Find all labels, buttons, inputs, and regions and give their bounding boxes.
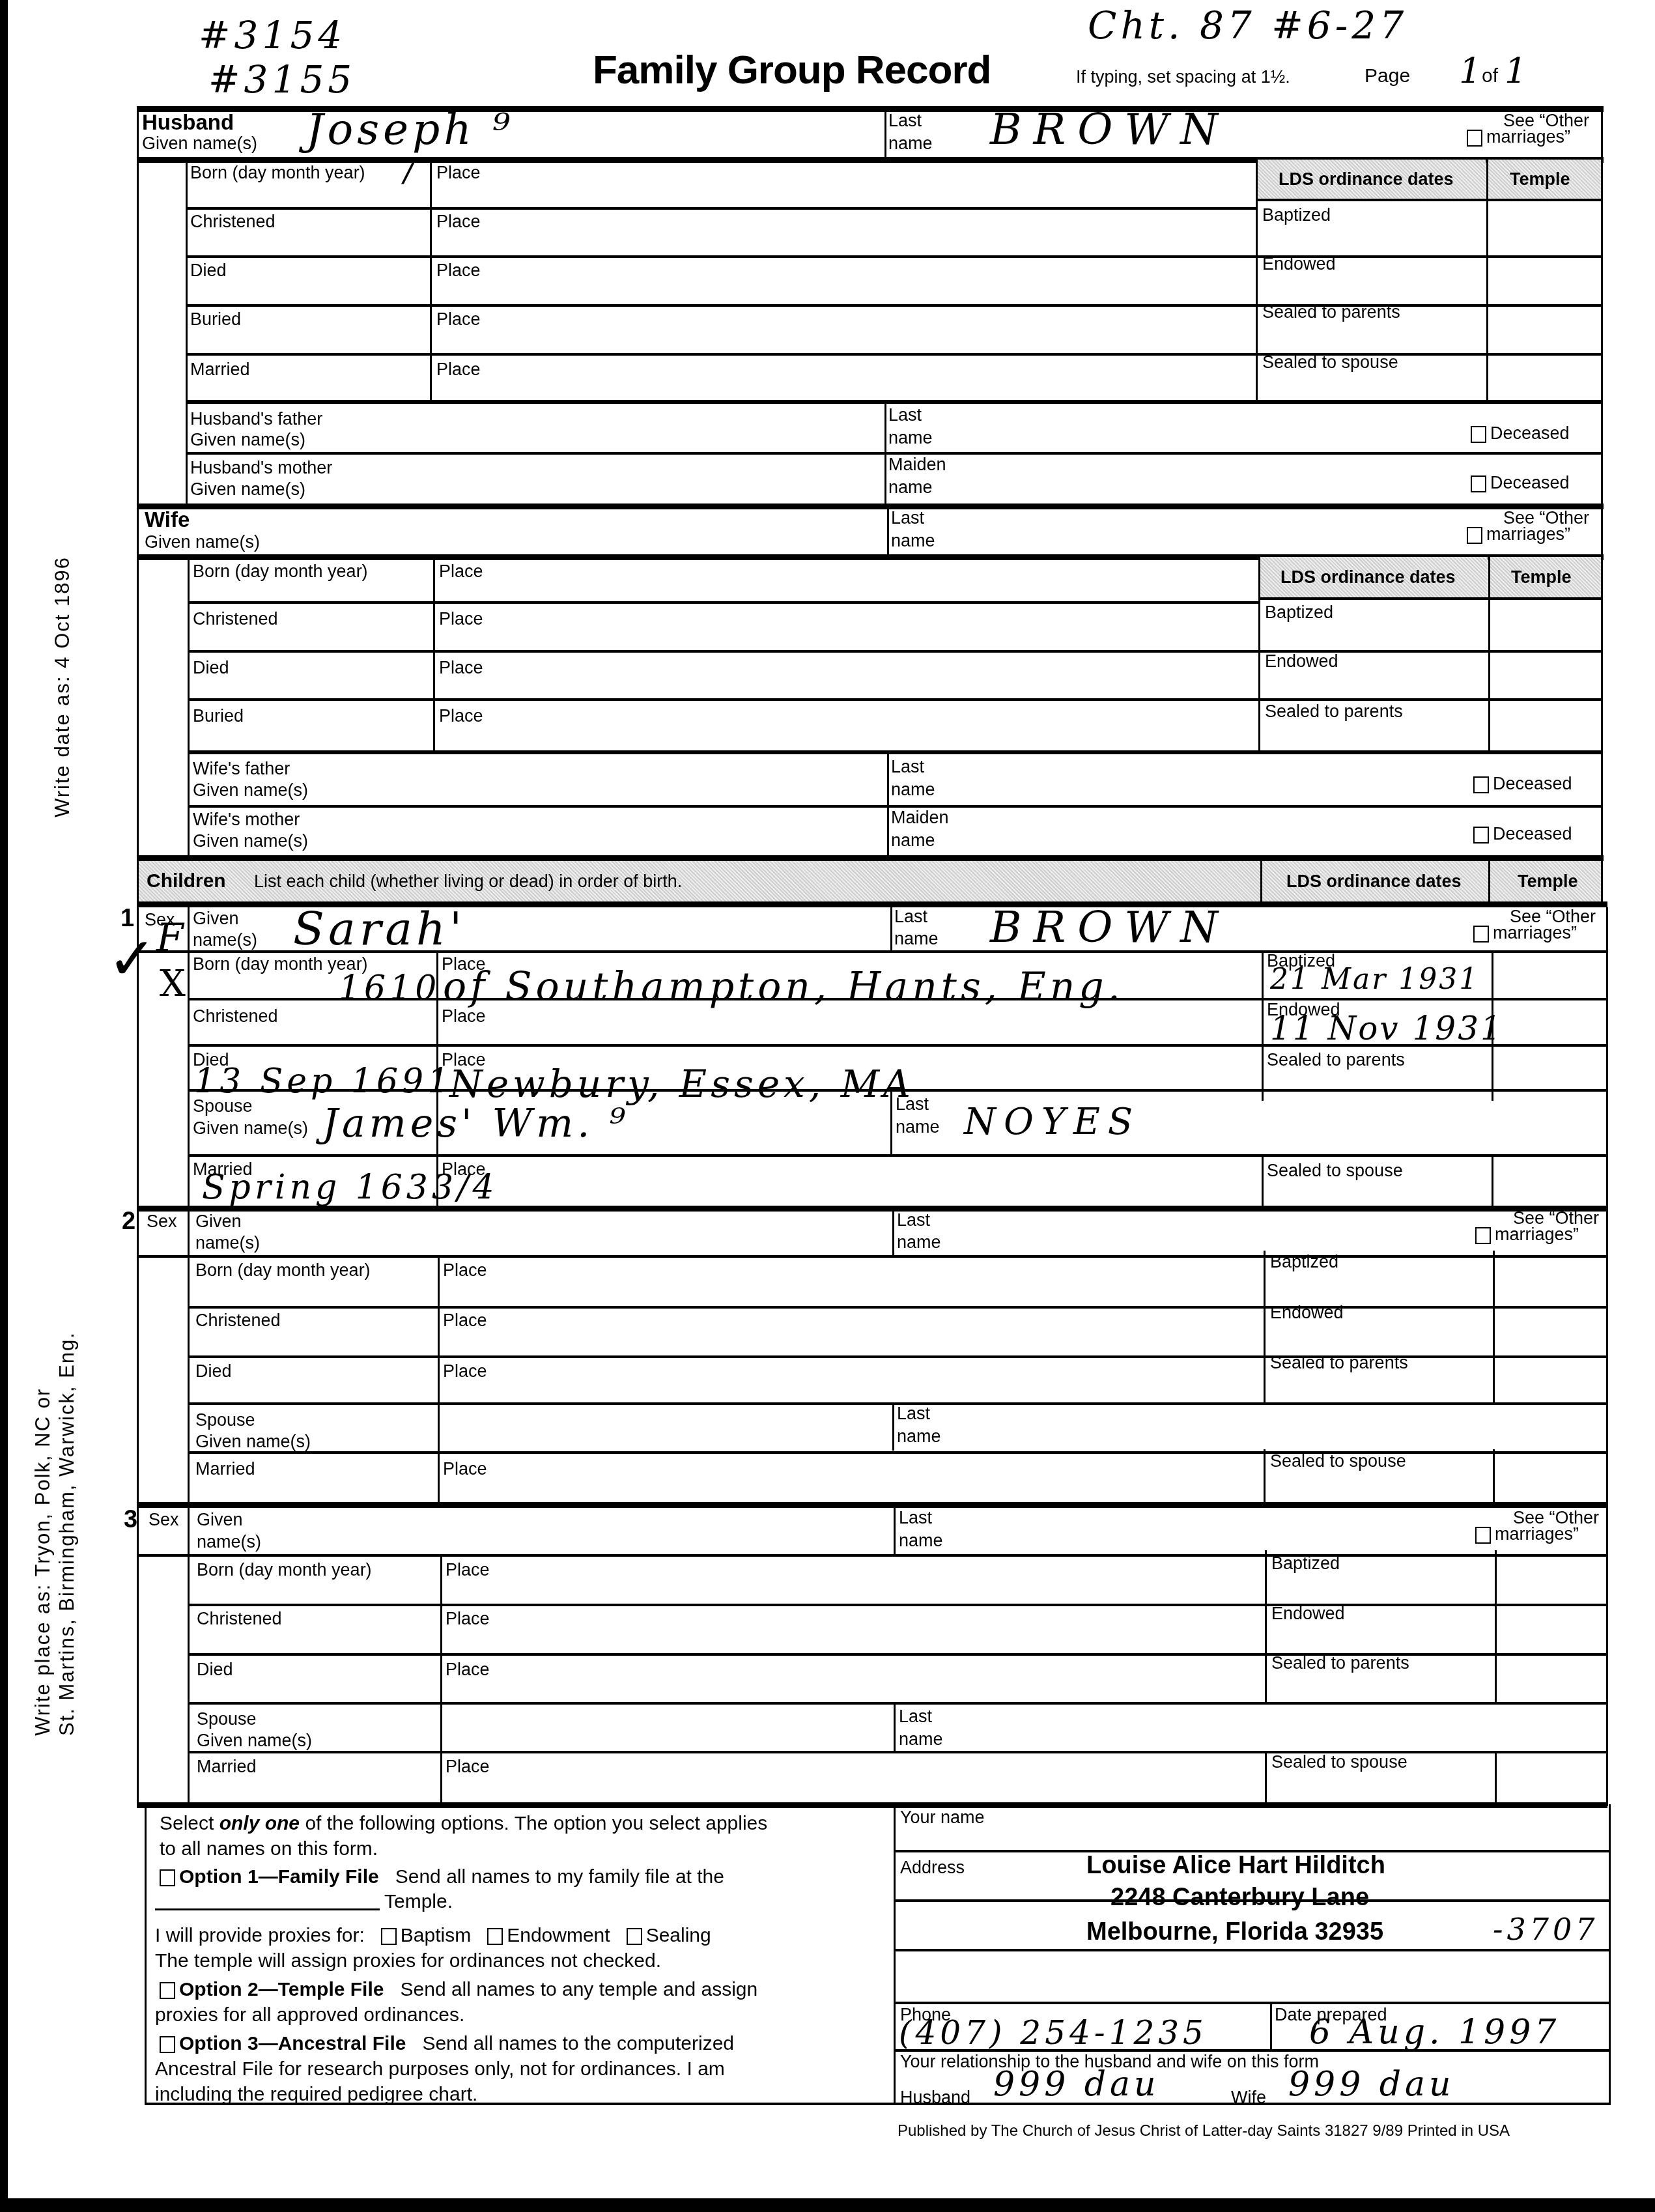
rule xyxy=(138,1554,1607,1557)
child-1-died-date[interactable]: 13 Sep 1691 xyxy=(194,1062,453,1101)
rule xyxy=(1265,1550,1267,1703)
options-intro-line-2: to all names on this form. xyxy=(160,1836,378,1862)
husband-last-name[interactable]: BROWN xyxy=(990,104,1230,154)
typing-note: If typing, set spacing at 1½. xyxy=(1076,67,1290,87)
child-2-given-label-1: Given xyxy=(195,1212,242,1232)
option-1-text: Send all names to my family file at the xyxy=(395,1866,724,1888)
wife-last-label-1: Last xyxy=(891,508,924,528)
rule xyxy=(138,1255,1607,1258)
rule xyxy=(1270,2002,1272,2050)
other-marriages-checkbox[interactable] xyxy=(1473,926,1489,943)
rule xyxy=(1493,1449,1495,1508)
date-prepared[interactable]: 6 Aug. 1997 xyxy=(1309,2013,1560,2052)
child-3-sealed-spouse-label: Sealed to spouse xyxy=(1271,1752,1407,1772)
child-2-christened-place-label: Place xyxy=(443,1311,487,1331)
husband-mother-label: Husband's mother xyxy=(190,458,332,478)
husband-christened-place-label: Place xyxy=(436,212,481,232)
rule xyxy=(890,904,892,951)
other-marriages-checkbox[interactable] xyxy=(1475,1227,1491,1244)
rule xyxy=(433,557,435,752)
rule xyxy=(145,1804,147,2104)
deceased-label: Deceased xyxy=(1490,473,1570,492)
child-1-sealed-spouse-label: Sealed to spouse xyxy=(1267,1161,1403,1181)
child-1-baptized-date[interactable]: 21 Mar 1931 xyxy=(1270,963,1479,996)
rule xyxy=(188,1306,1607,1309)
husband-relationship[interactable]: 999 dau xyxy=(993,2065,1160,2104)
child-2-last-label-2: name xyxy=(897,1232,941,1253)
option-3-title: Option 3—Ancestral File xyxy=(179,2033,406,2054)
child-3-spouse-last-label-2: name xyxy=(899,1729,943,1750)
child-2-spouse-label: Spouse xyxy=(195,1410,255,1430)
wife-mother-deceased[interactable]: Deceased xyxy=(1473,824,1572,844)
option-1-title: Option 1—Family File xyxy=(179,1866,379,1888)
child-2-born-place-label: Place xyxy=(443,1260,487,1281)
deceased-checkbox[interactable] xyxy=(1473,776,1489,793)
children-instruction: List each child (whether living or dead)… xyxy=(254,872,682,892)
page-total[interactable]: 1 xyxy=(1505,51,1531,92)
place-format-instruction-1: Write place as: Tryon, Polk, NC or xyxy=(31,1388,55,1736)
other-marriages-label: marriages” xyxy=(1486,524,1570,544)
husband-relationship-label: Husband xyxy=(900,2088,970,2108)
rule xyxy=(188,998,1607,1000)
child-2-christened-label: Christened xyxy=(195,1311,281,1331)
husband-married-place-label: Place xyxy=(436,360,481,380)
address-label: Address xyxy=(900,1858,965,1878)
husband-mother-deceased[interactable]: Deceased xyxy=(1471,473,1570,493)
wife-born-label: Born (day month year) xyxy=(193,561,368,582)
husband-christened-label: Christened xyxy=(190,212,276,232)
intro-text: Select xyxy=(160,1813,219,1834)
other-marriages-checkbox[interactable] xyxy=(1467,527,1482,544)
child-3-spouse-last-label-1: Last xyxy=(899,1707,932,1727)
rule xyxy=(188,1702,1607,1705)
option-1[interactable]: Option 1—Family File Send all names to m… xyxy=(160,1864,724,1890)
child-2-baptized-label: Baptized xyxy=(1270,1252,1338,1272)
rule xyxy=(1493,1251,1495,1404)
rule xyxy=(137,1802,1607,1808)
child-2-sealed-spouse-label: Sealed to spouse xyxy=(1270,1451,1406,1471)
husband-mother-name-label: name xyxy=(888,477,933,498)
child-2-given-label-2: name(s) xyxy=(195,1233,260,1253)
husband-father-deceased[interactable]: Deceased xyxy=(1471,423,1570,444)
rule xyxy=(137,855,1604,861)
rule xyxy=(1264,1251,1266,1404)
option-3-text: Send all names to the computerized xyxy=(422,2033,734,2054)
rule xyxy=(894,1703,896,1752)
page-title: Family Group Record xyxy=(593,47,991,93)
of-label: of xyxy=(1482,65,1498,87)
rule xyxy=(186,255,1602,258)
husband-other-marriages[interactable]: marriages” xyxy=(1467,127,1570,147)
rule xyxy=(188,1154,1607,1157)
child-1-spouse-last-label-2: name xyxy=(896,1117,940,1137)
husband-last-label-2: name xyxy=(888,134,933,154)
children-temple-heading: Temple xyxy=(1518,872,1578,892)
rule xyxy=(884,106,886,160)
child-1-spouse-given-label: Given name(s) xyxy=(193,1118,308,1139)
child-1-given-name[interactable]: Sarah' xyxy=(293,902,466,956)
child-1-born-date[interactable]: 1610 xyxy=(339,969,440,1008)
intro-emphasis: only one xyxy=(219,1813,300,1834)
wife-died-place-label: Place xyxy=(439,658,483,678)
proxy-baptism-checkbox[interactable] xyxy=(381,1928,397,1945)
rule xyxy=(1262,951,1264,1101)
child-2-married-place-label: Place xyxy=(443,1459,487,1479)
submitter-street[interactable]: 2248 Canterbury Lane xyxy=(1110,1884,1369,1912)
child-2-spouse-last-label-1: Last xyxy=(897,1404,930,1424)
child-3-sealed-parents-label: Sealed to parents xyxy=(1271,1653,1409,1673)
rule xyxy=(188,601,1260,604)
husband-died-place-label: Place xyxy=(436,261,481,281)
rule xyxy=(137,1502,1607,1508)
proxy-endowment-checkbox[interactable] xyxy=(487,1928,503,1945)
deceased-label: Deceased xyxy=(1493,774,1572,793)
wife-lds-heading: LDS ordinance dates xyxy=(1280,567,1456,588)
child-1-married-place-label: Place xyxy=(442,1159,486,1180)
wife-christened-place-label: Place xyxy=(439,609,483,629)
rule xyxy=(137,503,1604,509)
deceased-label: Deceased xyxy=(1490,423,1570,443)
child-1-given-label-1: Given xyxy=(193,909,239,929)
proxies-label: I will provide proxies for: xyxy=(155,1925,365,1946)
wife-endowed-label: Endowed xyxy=(1265,651,1338,672)
handwritten-id-1: #3154 xyxy=(199,13,346,57)
child-3-married-label: Married xyxy=(197,1757,257,1777)
deceased-checkbox[interactable] xyxy=(1473,827,1489,844)
your-name-label: Your name xyxy=(900,1808,985,1828)
child-1-sex[interactable]: F xyxy=(156,915,188,961)
wife-father-name-label: name xyxy=(891,780,935,800)
rule xyxy=(188,1044,1607,1047)
rule xyxy=(186,400,1602,404)
child-2-last-label-1: Last xyxy=(897,1210,930,1230)
rule xyxy=(430,160,432,403)
child-3-given-label-2: name(s) xyxy=(197,1532,261,1552)
child-3-last-label-2: name xyxy=(899,1531,943,1551)
proxy-endowment-label: Endowment xyxy=(507,1925,610,1946)
child-2-endowed-label: Endowed xyxy=(1270,1303,1344,1323)
rule xyxy=(188,650,1602,653)
husband-temple-heading: Temple xyxy=(1510,169,1570,190)
child-3-number: 3 xyxy=(124,1510,137,1530)
child-3-sex-label: Sex xyxy=(149,1510,179,1530)
wife-last-label-2: name xyxy=(891,531,935,551)
child-3-given-label-1: Given xyxy=(197,1510,243,1530)
rule xyxy=(1262,1156,1264,1208)
wife-father-given-label: Given name(s) xyxy=(193,780,308,801)
wife-mother-given-label: Given name(s) xyxy=(193,831,308,851)
wife-father-label: Wife's father xyxy=(193,759,290,779)
other-marriages-label: marriages” xyxy=(1495,1524,1579,1544)
child-2-spouse-last-label-2: name xyxy=(897,1426,941,1447)
wife-heading: Wife xyxy=(145,509,190,530)
rule xyxy=(188,698,1602,701)
handwritten-chart-ref: Cht. 87 #6-27 xyxy=(1088,3,1407,48)
child-3-christened-place-label: Place xyxy=(446,1609,490,1629)
wife-given-label: Given name(s) xyxy=(145,532,260,552)
husband-endowed-label: Endowed xyxy=(1262,254,1336,274)
option-2-title: Option 2—Temple File xyxy=(179,1979,384,2000)
option-2[interactable]: Option 2—Temple File Send all names to a… xyxy=(160,1977,757,2002)
husband-baptized-label: Baptized xyxy=(1262,205,1331,225)
deceased-label: Deceased xyxy=(1493,824,1572,844)
rule xyxy=(887,503,889,557)
rule xyxy=(1265,1752,1267,1808)
scan-left-border xyxy=(0,0,8,2212)
rule xyxy=(894,1508,896,1555)
rule xyxy=(1495,1550,1497,1703)
proxies-note: The temple will assign proxies for ordin… xyxy=(155,1948,661,1974)
husband-father-given-label: Given name(s) xyxy=(190,430,305,450)
child-3-died-label: Died xyxy=(197,1660,233,1680)
husband-died-label: Died xyxy=(190,261,227,281)
child-2-other-marriages[interactable]: marriages” xyxy=(1475,1225,1579,1245)
wife-other-marriages[interactable]: marriages” xyxy=(1467,524,1570,545)
husband-born-label: Born (day month year) xyxy=(190,163,365,183)
child-3-married-place-label: Place xyxy=(446,1757,490,1777)
option-1-checkbox[interactable] xyxy=(160,1869,175,1886)
rule xyxy=(188,1604,1607,1606)
child-3-last-label-1: Last xyxy=(899,1508,932,1528)
rule xyxy=(892,1210,894,1257)
child-3-spouse-given-label: Given name(s) xyxy=(197,1731,312,1751)
page-label: Page xyxy=(1365,65,1410,87)
husband-mother-given-label: Given name(s) xyxy=(190,479,305,500)
option-2-text-2: proxies for all approved ordinances. xyxy=(155,2002,464,2028)
child-2-sealed-parents-label: Sealed to parents xyxy=(1270,1353,1408,1373)
rule xyxy=(1488,861,1490,901)
proxy-baptism-label: Baptism xyxy=(401,1925,471,1946)
rule xyxy=(438,1257,440,1508)
child-1-spouse-last-label-1: Last xyxy=(896,1094,929,1114)
husband-father-last-label: Last xyxy=(888,405,922,425)
proxy-sealing-label: Sealing xyxy=(646,1925,711,1946)
rule xyxy=(1258,597,1602,600)
husband-buried-place-label: Place xyxy=(436,309,481,330)
child-1-died-place[interactable]: Newbury, Essex, MA xyxy=(449,1062,914,1106)
option-3-checkbox[interactable] xyxy=(160,2036,175,2053)
child-2-died-label: Died xyxy=(195,1361,232,1382)
child-1-given-label-2: name(s) xyxy=(193,930,257,950)
child-3-died-place-label: Place xyxy=(446,1660,490,1680)
rule xyxy=(1256,199,1602,201)
options-intro-line-1: Select only one of the following options… xyxy=(160,1811,767,1836)
other-marriages-checkbox[interactable] xyxy=(1475,1527,1491,1544)
option-3[interactable]: Option 3—Ancestral File Send all names t… xyxy=(160,2031,734,2056)
husband-born-mark[interactable]: / xyxy=(404,151,419,189)
husband-given-name[interactable]: Joseph ⁹ xyxy=(306,104,514,154)
husband-buried-label: Buried xyxy=(190,309,241,330)
child-2-married-label: Married xyxy=(195,1459,255,1479)
husband-sealed-spouse-label: Sealed to spouse xyxy=(1262,352,1398,373)
check-mark: ✓ xyxy=(107,925,160,993)
child-3-born-label: Born (day month year) xyxy=(197,1560,372,1580)
submitter-city[interactable]: Melbourne, Florida 32935 xyxy=(1086,1918,1383,1946)
child-1-born-place[interactable]: of Southampton, Hants, Eng. xyxy=(443,964,1124,1010)
child-1-endowed-date[interactable]: 11 Nov 1931 xyxy=(1270,1010,1503,1047)
wife-sealed-parents-label: Sealed to parents xyxy=(1265,702,1403,722)
rule xyxy=(1495,1752,1497,1808)
rule xyxy=(186,207,1257,210)
other-marriages-label: marriages” xyxy=(1486,127,1570,147)
deceased-checkbox[interactable] xyxy=(1471,475,1486,492)
submitter-name[interactable]: Louise Alice Hart Hilditch xyxy=(1086,1852,1385,1880)
proxy-sealing-checkbox[interactable] xyxy=(627,1928,642,1945)
submitter-zip-ext[interactable]: -3707 xyxy=(1493,1912,1599,1947)
husband-heading: Husband xyxy=(142,112,234,132)
child-1-other-marriages[interactable]: marriages” xyxy=(1473,923,1577,943)
wife-mother-maiden-label: Maiden xyxy=(891,808,949,828)
other-marriages-checkbox[interactable] xyxy=(1467,130,1482,147)
wife-father-deceased[interactable]: Deceased xyxy=(1473,774,1572,794)
children-lds-heading: LDS ordinance dates xyxy=(1286,872,1462,892)
child-3-christened-label: Christened xyxy=(197,1609,282,1629)
wife-christened-label: Christened xyxy=(193,609,278,629)
rule xyxy=(1264,1449,1266,1508)
child-1-christened-label: Christened xyxy=(193,1006,278,1027)
rule xyxy=(440,1555,442,1806)
option-2-checkbox[interactable] xyxy=(160,1982,175,1999)
rule xyxy=(138,950,1607,953)
wife-buried-place-label: Place xyxy=(439,706,483,726)
temple-name-blank[interactable] xyxy=(155,1908,380,1910)
intro-text: of the following options. The option you… xyxy=(300,1813,767,1834)
child-1-christened-place-label: Place xyxy=(442,1006,486,1027)
husband-father-label: Husband's father xyxy=(190,409,322,429)
place-format-instruction-2: St. Martins, Birmingham, Warwick, Eng. xyxy=(55,1331,79,1736)
option-3-text-3: including the required pedigree chart. xyxy=(155,2082,477,2107)
child-1-sealed-parents-label: Sealed to parents xyxy=(1267,1050,1405,1070)
scan-bottom-border xyxy=(0,2198,1655,2212)
wife-died-label: Died xyxy=(193,658,229,678)
handwritten-id-2: #3155 xyxy=(208,57,356,102)
child-2-sex-label: Sex xyxy=(147,1212,177,1232)
rule xyxy=(1492,1156,1493,1208)
wife-mother-label: Wife's mother xyxy=(193,810,300,830)
child-3-other-marriages[interactable]: marriages” xyxy=(1475,1524,1579,1544)
wife-relationship[interactable]: 999 dau xyxy=(1288,2065,1455,2104)
other-marriages-label: marriages” xyxy=(1495,1225,1579,1244)
child-2-died-place-label: Place xyxy=(443,1361,487,1382)
x-mark: X xyxy=(160,963,190,1005)
rule xyxy=(137,1206,1607,1212)
child-1-spouse-label: Spouse xyxy=(193,1096,253,1116)
wife-relationship-label: Wife xyxy=(1231,2088,1266,2108)
rule xyxy=(892,1404,894,1451)
wife-baptized-label: Baptized xyxy=(1265,603,1333,623)
wife-mother-name-label: name xyxy=(891,830,935,851)
wife-temple-heading: Temple xyxy=(1511,567,1572,588)
option-1-temple-label: Temple. xyxy=(384,1889,453,1914)
child-1-last-label-2: name xyxy=(894,929,939,949)
option-3-text-2: Ancestral File for research purposes onl… xyxy=(155,2056,725,2082)
husband-lds-heading: LDS ordinance dates xyxy=(1279,169,1454,190)
husband-given-label: Given name(s) xyxy=(142,134,257,154)
child-2-spouse-given-label: Given name(s) xyxy=(195,1432,311,1452)
wife-born-place-label: Place xyxy=(439,561,483,582)
rule xyxy=(188,750,1602,754)
wife-buried-label: Buried xyxy=(193,706,244,726)
child-3-born-place-label: Place xyxy=(446,1560,490,1580)
rule xyxy=(894,1949,1610,1951)
submitter-phone[interactable]: (407) 254-1235 xyxy=(899,2014,1208,2052)
rule xyxy=(188,1089,1607,1092)
child-3-endowed-label: Endowed xyxy=(1271,1604,1345,1624)
child-3-spouse-label: Spouse xyxy=(197,1709,257,1729)
publisher-footer: Published by The Church of Jesus Christ … xyxy=(898,2122,1510,2140)
husband-father-name-label: name xyxy=(888,428,933,448)
rule xyxy=(890,1090,892,1156)
child-2-born-label: Born (day month year) xyxy=(195,1260,371,1281)
option-2-text: Send all names to any temple and assign xyxy=(401,1979,758,2000)
husband-mother-maiden-label: Maiden xyxy=(888,455,946,475)
children-heading: Children xyxy=(147,871,226,891)
other-marriages-label: marriages” xyxy=(1493,923,1577,943)
child-3-baptized-label: Baptized xyxy=(1271,1553,1340,1574)
husband-last-label-1: Last xyxy=(888,111,922,131)
child-2-number: 2 xyxy=(122,1212,135,1232)
husband-sealed-parents-label: Sealed to parents xyxy=(1262,302,1400,322)
husband-married-label: Married xyxy=(190,360,250,380)
rule xyxy=(894,2002,1610,2004)
child-1-spouse-given[interactable]: James' Wm. ⁹ xyxy=(322,1101,629,1146)
deceased-checkbox[interactable] xyxy=(1471,426,1486,443)
rule xyxy=(1260,861,1262,901)
child-1-last-label-1: Last xyxy=(894,907,927,927)
child-1-spouse-last[interactable]: NOYES xyxy=(964,1101,1140,1143)
child-1-last-name[interactable]: BROWN xyxy=(990,902,1230,952)
husband-born-place-label: Place xyxy=(436,163,481,183)
wife-father-last-label: Last xyxy=(891,757,924,777)
date-format-instruction: Write date as: 4 Oct 1896 xyxy=(51,556,74,817)
proxies-line: I will provide proxies for: Baptism Endo… xyxy=(155,1923,711,1948)
